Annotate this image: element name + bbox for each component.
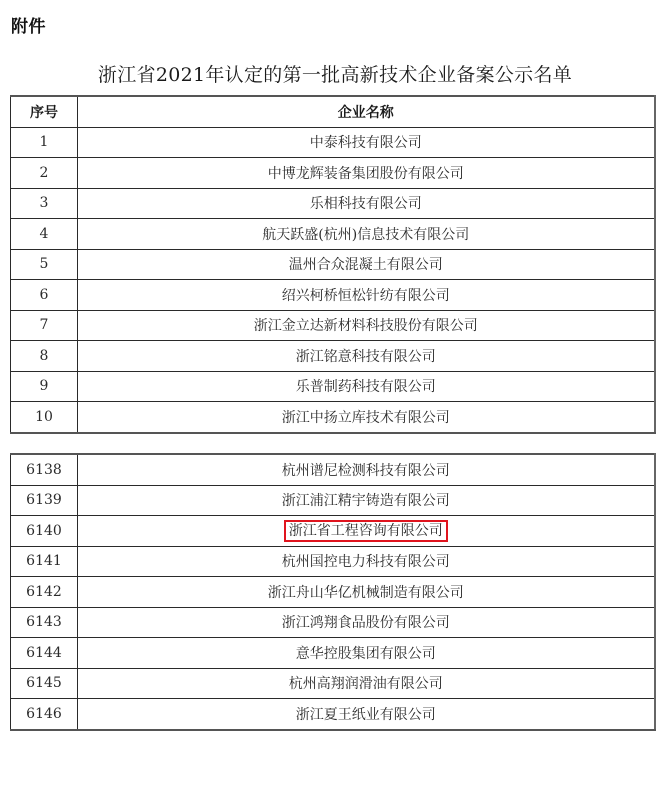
company-name: 浙江浦江精宇铸造有限公司 — [78, 485, 655, 516]
company-table-top: 序号 企业名称 1 中泰科技有限公司 2 中博龙辉装备集团股份有限公司 3 乐相… — [10, 95, 656, 434]
company-name: 乐普制药科技有限公司 — [78, 371, 655, 402]
highlighted-company-name: 浙江省工程咨询有限公司 — [284, 520, 448, 542]
serial-number: 6144 — [11, 638, 78, 669]
table-row: 2 中博龙辉装备集团股份有限公司 — [11, 158, 655, 189]
company-name: 中博龙辉装备集团股份有限公司 — [78, 158, 655, 189]
serial-number: 4 — [11, 219, 78, 250]
serial-number: 6141 — [11, 546, 78, 577]
table-row: 10 浙江中扬立库技术有限公司 — [11, 402, 655, 433]
serial-number: 6143 — [11, 607, 78, 638]
table-row: 6 绍兴柯桥恒松针纺有限公司 — [11, 280, 655, 311]
serial-number: 10 — [11, 402, 78, 433]
company-name: 航天跃盛(杭州)信息技术有限公司 — [78, 219, 655, 250]
attachment-label: 附件 — [11, 12, 46, 37]
table-row: 6146 浙江夏王纸业有限公司 — [11, 699, 655, 730]
table-row: 6143 浙江鸿翔食品股份有限公司 — [11, 607, 655, 638]
company-name: 杭州国控电力科技有限公司 — [78, 546, 655, 577]
serial-number: 1 — [11, 127, 78, 158]
serial-number: 3 — [11, 188, 78, 219]
serial-number: 6139 — [11, 485, 78, 516]
serial-number: 7 — [11, 310, 78, 341]
company-name: 杭州谱尼检测科技有限公司 — [78, 454, 655, 485]
serial-number: 6140 — [11, 516, 78, 547]
serial-number: 6142 — [11, 577, 78, 608]
table-row-highlighted: 6140 浙江省工程咨询有限公司 — [11, 516, 655, 547]
table-row: 6145 杭州高翔润滑油有限公司 — [11, 668, 655, 699]
company-name: 浙江中扬立库技术有限公司 — [78, 402, 655, 433]
document-title: 浙江省2021年认定的第一批高新技术企业备案公示名单 — [0, 60, 660, 87]
header-company-name: 企业名称 — [78, 96, 655, 127]
table-row: 6142 浙江舟山华亿机械制造有限公司 — [11, 577, 655, 608]
table-row: 5 温州合众混凝土有限公司 — [11, 249, 655, 280]
table-row: 4 航天跃盛(杭州)信息技术有限公司 — [11, 219, 655, 250]
table-row: 8 浙江铭意科技有限公司 — [11, 341, 655, 372]
table-row: 3 乐相科技有限公司 — [11, 188, 655, 219]
serial-number: 6145 — [11, 668, 78, 699]
company-name: 乐相科技有限公司 — [78, 188, 655, 219]
company-name: 温州合众混凝土有限公司 — [78, 249, 655, 280]
company-name: 浙江夏王纸业有限公司 — [78, 699, 655, 730]
serial-number: 8 — [11, 341, 78, 372]
company-name: 浙江舟山华亿机械制造有限公司 — [78, 577, 655, 608]
table-row: 6139 浙江浦江精宇铸造有限公司 — [11, 485, 655, 516]
table-row: 9 乐普制药科技有限公司 — [11, 371, 655, 402]
table-row: 6144 意华控股集团有限公司 — [11, 638, 655, 669]
company-name: 绍兴柯桥恒松针纺有限公司 — [78, 280, 655, 311]
company-name: 浙江铭意科技有限公司 — [78, 341, 655, 372]
serial-number: 6138 — [11, 454, 78, 485]
serial-number: 9 — [11, 371, 78, 402]
table-row: 6138 杭州谱尼检测科技有限公司 — [11, 454, 655, 485]
serial-number: 6 — [11, 280, 78, 311]
header-serial-number: 序号 — [11, 96, 78, 127]
company-name: 中泰科技有限公司 — [78, 127, 655, 158]
table-header-row: 序号 企业名称 — [11, 96, 655, 127]
table-row: 7 浙江金立达新材料科技股份有限公司 — [11, 310, 655, 341]
serial-number: 6146 — [11, 699, 78, 730]
company-table-bottom: 6138 杭州谱尼检测科技有限公司 6139 浙江浦江精宇铸造有限公司 6140… — [10, 453, 656, 731]
company-name: 浙江鸿翔食品股份有限公司 — [78, 607, 655, 638]
company-name: 浙江金立达新材料科技股份有限公司 — [78, 310, 655, 341]
table-row: 1 中泰科技有限公司 — [11, 127, 655, 158]
table-row: 6141 杭州国控电力科技有限公司 — [11, 546, 655, 577]
company-name: 意华控股集团有限公司 — [78, 638, 655, 669]
company-name: 杭州高翔润滑油有限公司 — [78, 668, 655, 699]
serial-number: 2 — [11, 158, 78, 189]
serial-number: 5 — [11, 249, 78, 280]
company-name-cell: 浙江省工程咨询有限公司 — [78, 516, 655, 547]
